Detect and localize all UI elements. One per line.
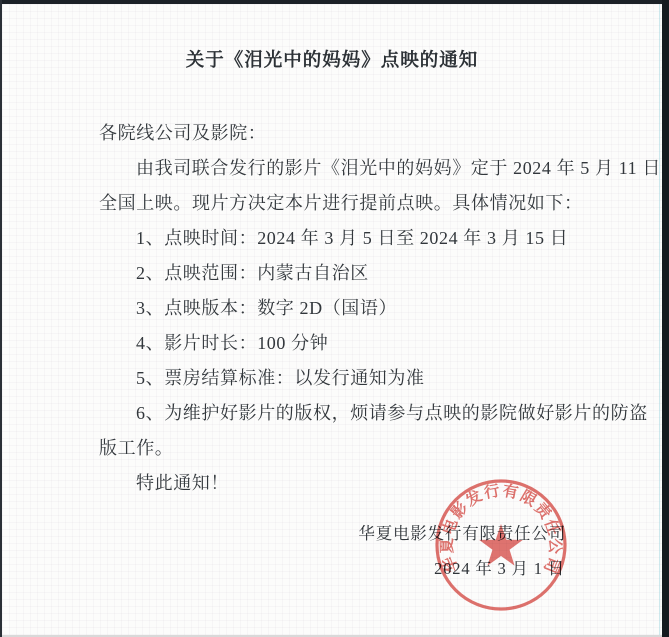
list-item-line: 6、为维护好影片的版权，烦请参与点映的影院做好影片的防盗 [99, 396, 661, 431]
list-item-continuation: 版工作。 [99, 431, 661, 466]
document-body: 各院线公司及影院： 由我司联合发行的影片《泪光中的妈妈》定于 2024 年 5 … [99, 116, 661, 501]
salutation-line: 各院线公司及影院： [99, 116, 661, 151]
list-item-line: 2、点映范围：内蒙古自治区 [99, 256, 661, 291]
scanned-document-page: 关于《泪光中的妈妈》点映的通知 各院线公司及影院： 由我司联合发行的影片《泪光中… [2, 4, 662, 635]
paragraph-line: 全国上映。现片方决定本片进行提前点映。具体情况如下： [99, 186, 661, 221]
document-title: 关于《泪光中的妈妈》点映的通知 [2, 46, 662, 72]
company-seal-stamp: 华夏电影发行有限责任公司 [431, 475, 571, 615]
list-item-line: 4、影片时长：100 分钟 [99, 326, 661, 361]
scan-artifact-line [659, 4, 660, 635]
list-item-line: 5、票房结算标准：以发行通知为准 [99, 361, 661, 396]
list-item-line: 3、点映版本：数字 2D（国语） [99, 291, 661, 326]
list-item-line: 1、点映时间：2024 年 3 月 5 日至 2024 年 3 月 15 日 [99, 221, 661, 256]
seal-star-icon [479, 524, 523, 566]
closing-line: 特此通知！ [99, 466, 661, 501]
scan-edge-left [0, 0, 2, 637]
scan-edge-top [0, 0, 669, 4]
paragraph-line: 由我司联合发行的影片《泪光中的妈妈》定于 2024 年 5 月 11 日 [99, 151, 661, 186]
scan-edge-right [662, 0, 669, 637]
